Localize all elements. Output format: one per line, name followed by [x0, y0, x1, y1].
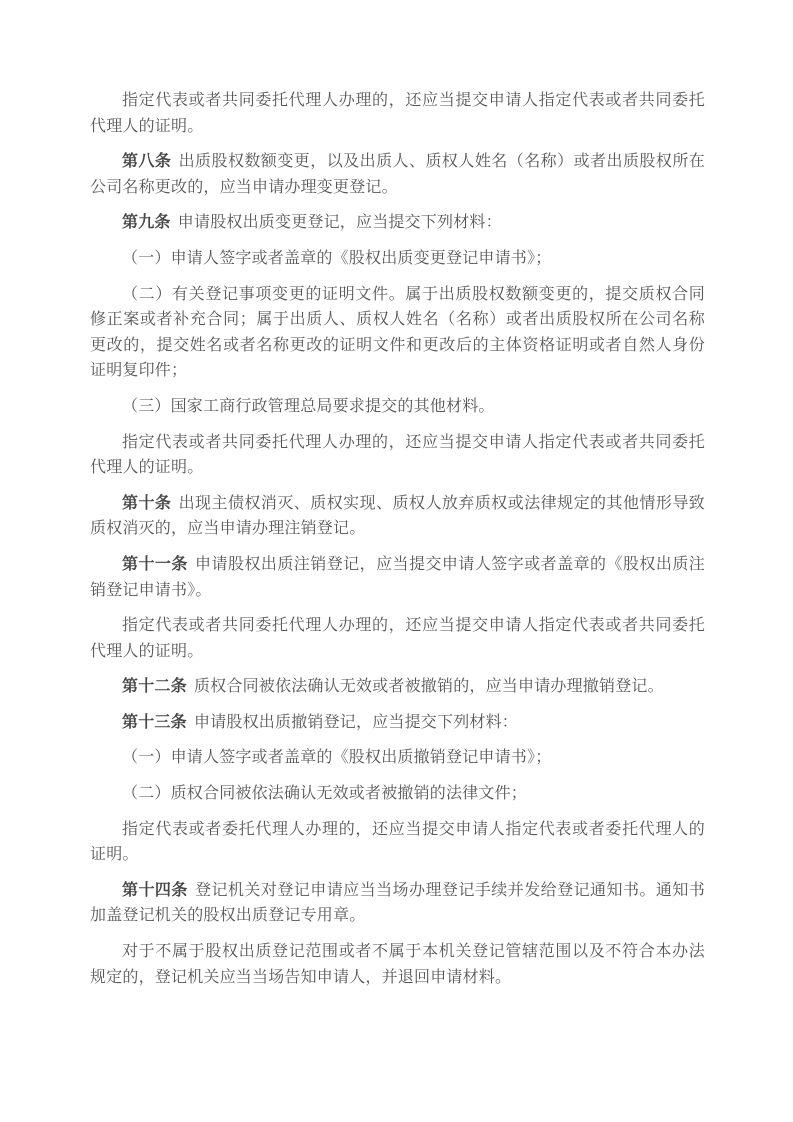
paragraph: （二）有关登记事项变更的证明文件。属于出质股权数额变更的，提交质权合同修正案或者…	[90, 282, 705, 384]
paragraph-text: （三）国家工商行政管理总局要求提交的其他材料。	[122, 398, 495, 415]
paragraph-text: 指定代表或者共同委托代理人办理的，还应当提交申请人指定代表或者共同委托代理人的证…	[90, 92, 705, 135]
paragraph-text: 申请股权出质撤销登记，应当提交下列材料：	[194, 714, 518, 731]
article-number: 第十四条	[122, 882, 188, 899]
paragraph: 指定代表或者共同委托代理人办理的，还应当提交申请人指定代表或者共同委托代理人的证…	[90, 430, 705, 481]
paragraph: 指定代表或者共同委托代理人办理的，还应当提交申请人指定代表或者共同委托代理人的证…	[90, 88, 705, 139]
paragraph: 第十条出现主债权消灭、质权实现、质权人放弃质权或法律规定的其他情形导致质权消灭的…	[90, 491, 705, 542]
paragraph: 对于不属于股权出质登记范围或者不属于本机关登记管辖范围以及不符合本办法规定的，登…	[90, 939, 705, 990]
paragraph: 第十一条申请股权出质注销登记，应当提交申请人签字或者盖章的《股权出质注销登记申请…	[90, 552, 705, 603]
paragraph-text: 指定代表或者委托代理人办理的，还应当提交申请人指定代表或者委托代理人的证明。	[90, 821, 705, 864]
paragraph: （一）申请人签字或者盖章的《股权出质撤销登记申请书》；	[90, 745, 705, 771]
article-number: 第十二条	[122, 678, 187, 695]
paragraph-text: （一）申请人签字或者盖章的《股权出质撤销登记申请书》；	[122, 749, 551, 766]
paragraph: 指定代表或者共同委托代理人办理的，还应当提交申请人指定代表或者共同委托代理人的证…	[90, 613, 705, 664]
paragraph: 指定代表或者委托代理人办理的，还应当提交申请人指定代表或者委托代理人的证明。	[90, 817, 705, 868]
article-number: 第十条	[122, 495, 171, 512]
paragraph: （二）质权合同被依法确认无效或者被撤销的法律文件；	[90, 781, 705, 807]
paragraph: （一）申请人签字或者盖章的《股权出质变更登记申请书》；	[90, 246, 705, 272]
paragraph-text: （一）申请人签字或者盖章的《股权出质变更登记申请书》；	[122, 250, 551, 267]
paragraph-text: 出质股权数额变更，以及出质人、质权人姓名（名称）或者出质股权所在公司名称更改的，…	[90, 153, 705, 196]
paragraph: （三）国家工商行政管理总局要求提交的其他材料。	[90, 394, 705, 420]
article-number: 第八条	[122, 153, 171, 170]
paragraph-text: 申请股权出质变更登记，应当提交下列材料：	[178, 214, 502, 231]
document-body: 指定代表或者共同委托代理人办理的，还应当提交申请人指定代表或者共同委托代理人的证…	[90, 88, 705, 990]
paragraph-text: 质权合同被依法确认无效或者被撤销的，应当申请办理撤销登记。	[194, 678, 664, 695]
article-number: 第十一条	[122, 556, 188, 573]
paragraph: 第十二条质权合同被依法确认无效或者被撤销的，应当申请办理撤销登记。	[90, 674, 705, 700]
paragraph-text: 出现主债权消灭、质权实现、质权人放弃质权或法律规定的其他情形导致质权消灭的，应当…	[90, 495, 705, 538]
article-number: 第九条	[122, 214, 171, 231]
paragraph-text: （二）质权合同被依法确认无效或者被撤销的法律文件；	[122, 785, 527, 802]
paragraph-text: 指定代表或者共同委托代理人办理的，还应当提交申请人指定代表或者共同委托代理人的证…	[90, 617, 705, 660]
document-page: 指定代表或者共同委托代理人办理的，还应当提交申请人指定代表或者共同委托代理人的证…	[0, 0, 793, 1122]
paragraph: 第十四条登记机关对登记申请应当当场办理登记手续并发给登记通知书。通知书加盖登记机…	[90, 878, 705, 929]
paragraph-text: 指定代表或者共同委托代理人办理的，还应当提交申请人指定代表或者共同委托代理人的证…	[90, 434, 705, 477]
paragraph: 第十三条申请股权出质撤销登记，应当提交下列材料：	[90, 710, 705, 736]
paragraph-text: （二）有关登记事项变更的证明文件。属于出质股权数额变更的，提交质权合同修正案或者…	[90, 286, 705, 380]
paragraph-text: 对于不属于股权出质登记范围或者不属于本机关登记管辖范围以及不符合本办法规定的，登…	[90, 943, 705, 986]
paragraph: 第八条出质股权数额变更，以及出质人、质权人姓名（名称）或者出质股权所在公司名称更…	[90, 149, 705, 200]
paragraph: 第九条申请股权出质变更登记，应当提交下列材料：	[90, 210, 705, 236]
article-number: 第十三条	[122, 714, 187, 731]
